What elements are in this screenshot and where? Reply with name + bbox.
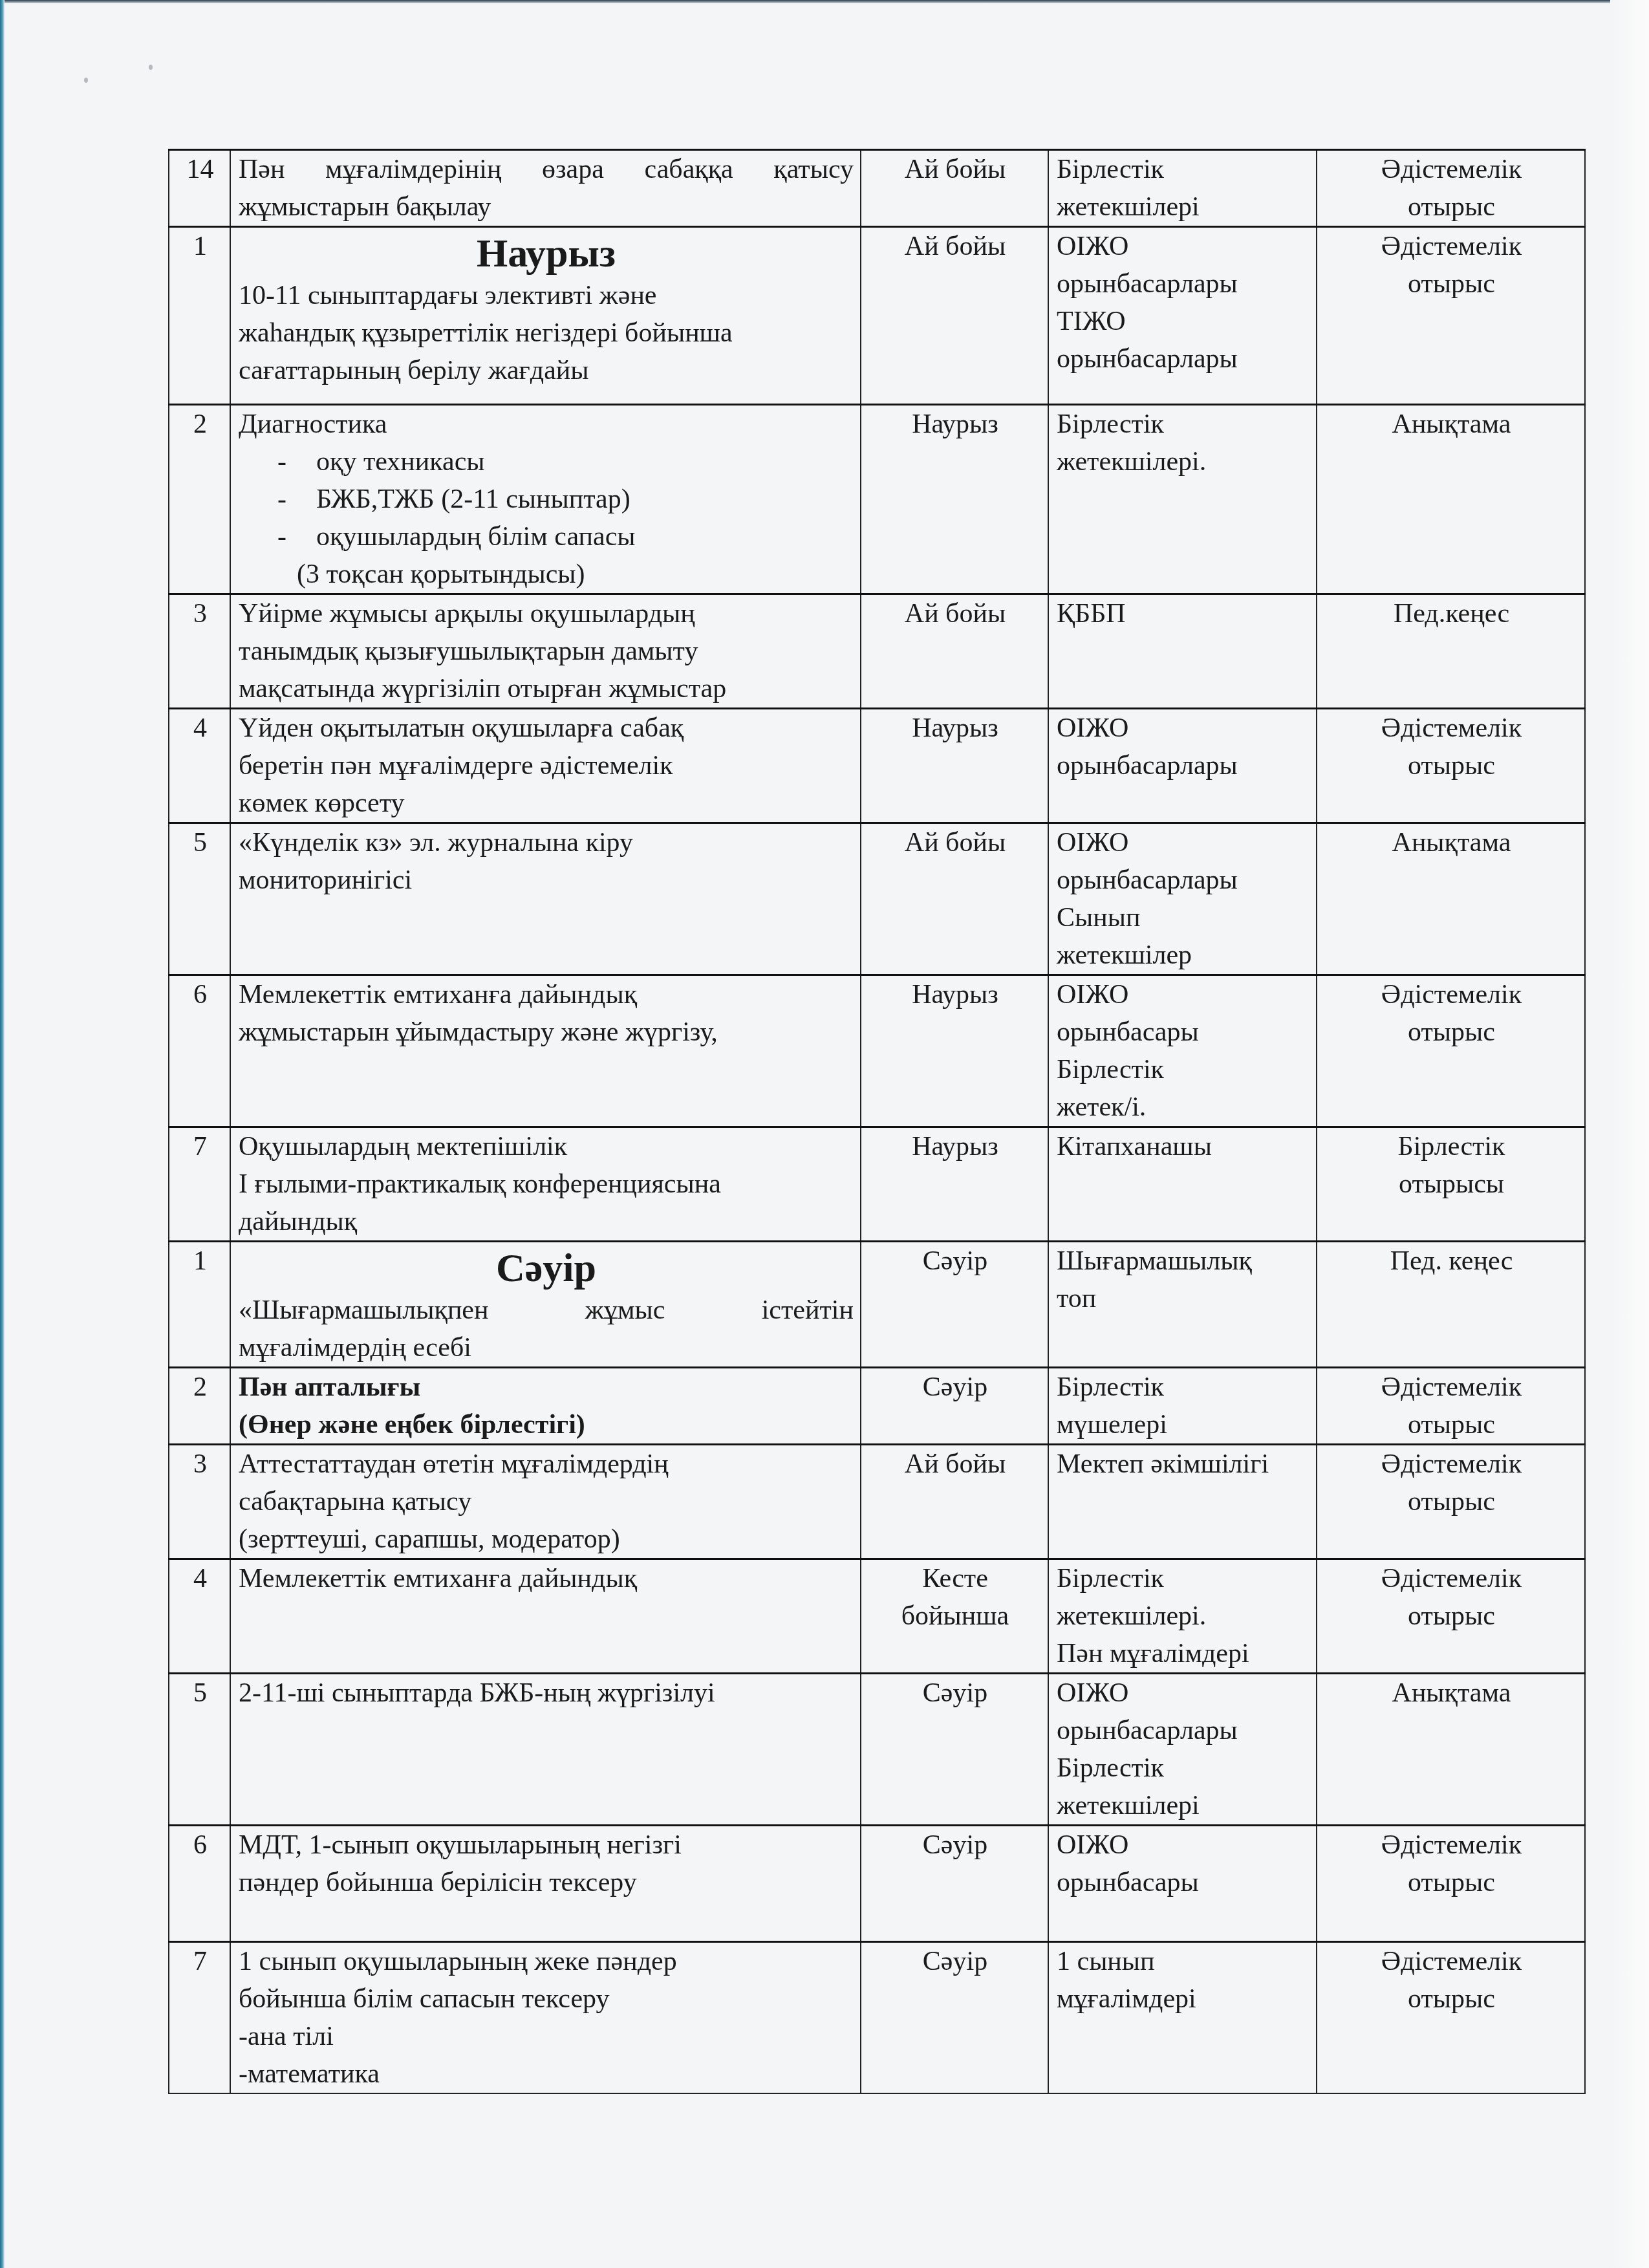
responsible-line: жетекшілер	[1057, 936, 1309, 974]
responsible-line: мұғалімдері	[1057, 1980, 1309, 2018]
outcome-line: Әдістемелік	[1325, 709, 1578, 747]
activity-text: Үйірме жұмысы арқылы оқушылардыңтанымдық…	[239, 595, 854, 707]
row-number: 4	[169, 1559, 230, 1674]
activity-text: 1 сынып оқушыларының жеке пәндербойынша …	[239, 1943, 854, 2093]
responsible-cell: ОІЖОорынбасарларыСыныпжетекшілер	[1048, 823, 1317, 975]
deadline-cell: Сәуір	[861, 1242, 1048, 1368]
deadline-cell: Ай бойы	[861, 150, 1048, 227]
activity-line: МДТ, 1-сынып оқушыларының негізгі	[239, 1826, 854, 1864]
responsible-line: Кітапханашы	[1057, 1128, 1309, 1165]
outcome-cell: Анықтама	[1317, 405, 1585, 594]
outcome-line: Анықтама	[1325, 824, 1578, 861]
activity-line: мониторинігісі	[239, 861, 854, 899]
outcome-line: Әдістемелік	[1325, 1445, 1578, 1483]
activity-line: сабақтарына қатысу	[239, 1483, 854, 1520]
activity-line: жаһандық құзыреттілік негіздері бойынша	[239, 314, 854, 352]
activity-cell: Мемлекеттік емтиханға дайындық	[230, 1559, 861, 1674]
activity-cell: Сәуір«Шығармашылықпен жұмыс істейтінмұға…	[230, 1242, 861, 1368]
outcome-line: Әдістемелік	[1325, 151, 1578, 188]
activity-text: Пән мұғалімдерінің өзара сабаққа қатысуж…	[239, 151, 854, 226]
row-number: 1	[169, 227, 230, 405]
responsible-line: ОІЖО	[1057, 824, 1309, 861]
activity-line: Мемлекеттік емтиханға дайындық	[239, 1560, 854, 1597]
row-number: 5	[169, 1674, 230, 1826]
deadline-cell: Наурыз	[861, 1127, 1048, 1242]
activity-cell: Диагностикаоқу техникасыБЖБ,ТЖБ (2-11 сы…	[230, 405, 861, 594]
deadline-cell: Ай бойы	[861, 823, 1048, 975]
table-row: 14Пән мұғалімдерінің өзара сабаққа қатыс…	[169, 150, 1585, 227]
activity-text: МДТ, 1-сынып оқушыларының негізгіпәндер …	[239, 1826, 854, 1901]
outcome-line: отырыс	[1325, 1864, 1578, 1901]
activity-bullet: оқушылардың білім сапасы	[277, 518, 854, 556]
work-plan-table: 14Пән мұғалімдерінің өзара сабаққа қатыс…	[168, 149, 1586, 2094]
responsible-cell: Бірлестікжетекшілері	[1048, 150, 1317, 227]
activity-line: «Шығармашылықпен жұмыс істейтін	[239, 1291, 854, 1329]
activity-line: мақсатында жүргізіліп отырған жұмыстар	[239, 670, 854, 707]
activity-cell: Наурыз10-11 сыныптардағы элективті жәнеж…	[230, 227, 861, 405]
activity-line: -ана тілі	[239, 2018, 854, 2055]
activity-line: «Күнделік кз» эл. журналына кіру	[239, 824, 854, 861]
responsible-line: топ	[1057, 1280, 1309, 1317]
activity-cell: «Күнделік кз» эл. журналына кірумонитори…	[230, 823, 861, 975]
outcome-line: отырыс	[1325, 1013, 1578, 1051]
activity-cell: 2-11-ші сыныптарда БЖБ-ның жүргізілуі	[230, 1674, 861, 1826]
responsible-line: Бірлестік	[1057, 1368, 1309, 1406]
activity-text: Пән апталығы(Өнер және еңбек бірлестігі)	[239, 1368, 854, 1443]
table-row: 1Наурыз10-11 сыныптардағы элективті және…	[169, 227, 1585, 405]
outcome-line: отырыс	[1325, 747, 1578, 784]
responsible-line: Бірлестік	[1057, 151, 1309, 188]
activity-line: 2-11-ші сыныптарда БЖБ-ның жүргізілуі	[239, 1674, 854, 1712]
responsible-line: орынбасарлары	[1057, 265, 1309, 303]
responsible-line: орынбасарлары	[1057, 861, 1309, 899]
outcome-line: отырыс	[1325, 1483, 1578, 1520]
activity-text: Мемлекеттік емтиханға дайындық	[239, 1560, 854, 1597]
scan-margin-right	[1610, 0, 1649, 2268]
outcome-cell: Әдістемелікотырыс	[1317, 150, 1585, 227]
table-row: 6МДТ, 1-сынып оқушыларының негізгіпәндер…	[169, 1826, 1585, 1942]
paper-speck	[149, 65, 153, 70]
activity-line: дайындық	[239, 1203, 854, 1240]
table-row: 5«Күнделік кз» эл. журналына кірумонитор…	[169, 823, 1585, 975]
activity-line: І ғылыми-практикалық конференциясына	[239, 1165, 854, 1203]
activity-cell: Үйден оқытылатын оқушыларға сабақберетін…	[230, 709, 861, 823]
outcome-line: Анықтама	[1325, 405, 1578, 443]
outcome-cell: Әдістемелікотырыс	[1317, 1559, 1585, 1674]
responsible-line: жетекшілері.	[1057, 443, 1309, 481]
outcome-cell: Әдістемелікотырыс	[1317, 1445, 1585, 1559]
activity-line: Оқушылардың мектепішілік	[239, 1128, 854, 1165]
deadline-cell: Наурыз	[861, 709, 1048, 823]
responsible-line: жетекшілері	[1057, 188, 1309, 226]
responsible-cell: ОІЖОорынбасары	[1048, 1826, 1317, 1942]
month-heading: Сәуір	[239, 1245, 854, 1291]
activity-cell: 1 сынып оқушыларының жеке пәндербойынша …	[230, 1942, 861, 2094]
outcome-cell: Әдістемелікотырыс	[1317, 1826, 1585, 1942]
responsible-line: ОІЖО	[1057, 976, 1309, 1013]
responsible-line: Бірлестік	[1057, 1051, 1309, 1088]
activity-line: бойынша білім сапасын тексеру	[239, 1980, 854, 2018]
responsible-line: Бірлестік	[1057, 1749, 1309, 1787]
row-number: 2	[169, 405, 230, 594]
outcome-cell: Әдістемелікотырыс	[1317, 1368, 1585, 1445]
month-heading: Наурыз	[239, 230, 854, 277]
responsible-line: ОІЖО	[1057, 1674, 1309, 1712]
table-row: 7Оқушылардың мектепішілікІ ғылыми-практи…	[169, 1127, 1585, 1242]
row-number: 5	[169, 823, 230, 975]
activity-bullet: оқу техникасы	[277, 443, 854, 481]
activity-text: 10-11 сыныптардағы элективті жәнежаһанды…	[239, 277, 854, 389]
responsible-line: ОІЖО	[1057, 1826, 1309, 1864]
outcome-line: Пед. кеңес	[1325, 1242, 1578, 1280]
table-row: 4Үйден оқытылатын оқушыларға сабақбереті…	[169, 709, 1585, 823]
outcome-cell: Әдістемелікотырыс	[1317, 709, 1585, 823]
table-row: 6Мемлекеттік емтиханға дайындықжұмыстары…	[169, 975, 1585, 1127]
activity-line: жұмыстарын бақылау	[239, 188, 854, 226]
outcome-cell: Әдістемелікотырыс	[1317, 1942, 1585, 2094]
activity-bullet-list: оқу техникасыБЖБ,ТЖБ (2-11 сыныптар)оқуш…	[239, 443, 854, 556]
responsible-line: Шығармашылық	[1057, 1242, 1309, 1280]
scan-edge-top	[0, 0, 1649, 3]
activity-line: 10-11 сыныптардағы элективті және	[239, 277, 854, 314]
activity-line: Үйірме жұмысы арқылы оқушылардың	[239, 595, 854, 632]
outcome-cell: Пед. кеңес	[1317, 1242, 1585, 1368]
responsible-cell: Бірлестікжетекшілері.	[1048, 405, 1317, 594]
table-row: 71 сынып оқушыларының жеке пәндербойынша…	[169, 1942, 1585, 2094]
outcome-cell: Әдістемелікотырыс	[1317, 975, 1585, 1127]
outcome-line: Әдістемелік	[1325, 1368, 1578, 1406]
outcome-line: Әдістемелік	[1325, 1826, 1578, 1864]
responsible-line: жетек/і.	[1057, 1088, 1309, 1126]
row-number: 6	[169, 1826, 230, 1942]
activity-cell: МДТ, 1-сынып оқушыларының негізгіпәндер …	[230, 1826, 861, 1942]
responsible-cell: Шығармашылықтоп	[1048, 1242, 1317, 1368]
responsible-line: Бірлестік	[1057, 405, 1309, 443]
outcome-line: Әдістемелік	[1325, 228, 1578, 265]
deadline-cell: Наурыз	[861, 975, 1048, 1127]
responsible-cell: Бірлестікжетекшілері.Пән мұғалімдері	[1048, 1559, 1317, 1674]
activity-line: Мемлекеттік емтиханға дайындық	[239, 976, 854, 1013]
deadline-cell: Ай бойы	[861, 1445, 1048, 1559]
responsible-cell: ОІЖОорынбасарлары	[1048, 709, 1317, 823]
deadline-cell: Кесте бойынша	[861, 1559, 1048, 1674]
outcome-line: отырыс	[1325, 188, 1578, 226]
activity-line: 1 сынып оқушыларының жеке пәндер	[239, 1943, 854, 1980]
table-row: 4Мемлекеттік емтиханға дайындықКесте бой…	[169, 1559, 1585, 1674]
row-number: 3	[169, 594, 230, 709]
activity-line: Үйден оқытылатын оқушыларға сабақ	[239, 709, 854, 747]
table-row: 3Аттестаттаудан өтетін мұғалімдердіңсаба…	[169, 1445, 1585, 1559]
responsible-cell: ҚББП	[1048, 594, 1317, 709]
outcome-cell: Әдістемелікотырыс	[1317, 227, 1585, 405]
responsible-line: Мектеп әкімшілігі	[1057, 1445, 1309, 1483]
activity-line: (Өнер және еңбек бірлестігі)	[239, 1406, 854, 1443]
activity-cell: Мемлекеттік емтиханға дайындықжұмыстарын…	[230, 975, 861, 1127]
responsible-cell: ОІЖОорынбасарыБірлестікжетек/і.	[1048, 975, 1317, 1127]
responsible-line: ОІЖО	[1057, 709, 1309, 747]
activity-line: -математика	[239, 2055, 854, 2093]
activity-text: Мемлекеттік емтиханға дайындықжұмыстарын…	[239, 976, 854, 1051]
responsible-cell: Бірлестікмүшелері	[1048, 1368, 1317, 1445]
activity-line: (зерттеуші, сарапшы, модератор)	[239, 1520, 854, 1558]
activity-cell: Оқушылардың мектепішілікІ ғылыми-практик…	[230, 1127, 861, 1242]
row-number: 7	[169, 1127, 230, 1242]
activity-line: сағаттарының берілу жағдайы	[239, 352, 854, 389]
activity-line: жұмыстарын ұйымдастыру және жүргізу,	[239, 1013, 854, 1051]
activity-line: беретін пән мұғалімдерге әдістемелік	[239, 747, 854, 784]
activity-bullet: БЖБ,ТЖБ (2-11 сыныптар)	[277, 481, 854, 518]
responsible-line: орынбасарлары	[1057, 340, 1309, 378]
scan-edge-left	[0, 0, 5, 2268]
row-number: 2	[169, 1368, 230, 1445]
activity-text: 2-11-ші сыныптарда БЖБ-ның жүргізілуі	[239, 1674, 854, 1712]
activity-cell: Пән апталығы(Өнер және еңбек бірлестігі)	[230, 1368, 861, 1445]
activity-line: Пән мұғалімдерінің өзара сабаққа қатысу	[239, 151, 854, 188]
table-row: 3Үйірме жұмысы арқылы оқушылардыңтанымды…	[169, 594, 1585, 709]
outcome-line: Бірлестік	[1325, 1128, 1578, 1165]
row-number: 4	[169, 709, 230, 823]
table-row: 52-11-ші сыныптарда БЖБ-ның жүргізілуіСә…	[169, 1674, 1585, 1826]
deadline-cell: Ай бойы	[861, 594, 1048, 709]
responsible-cell: 1 сыныпмұғалімдері	[1048, 1942, 1317, 2094]
responsible-line: ҚББП	[1057, 595, 1309, 632]
deadline-cell: Сәуір	[861, 1826, 1048, 1942]
responsible-line: ТІЖО	[1057, 303, 1309, 340]
deadline-cell: Сәуір	[861, 1368, 1048, 1445]
activity-text: Үйден оқытылатын оқушыларға сабақберетін…	[239, 709, 854, 822]
responsible-line: Бірлестік	[1057, 1560, 1309, 1597]
outcome-line: Әдістемелік	[1325, 1943, 1578, 1980]
activity-line: танымдық қызығушылықтарын дамыту	[239, 632, 854, 670]
paper-speck	[84, 78, 88, 83]
responsible-line: мүшелері	[1057, 1406, 1309, 1443]
responsible-line: Сынып	[1057, 899, 1309, 936]
deadline-cell: Наурыз	[861, 405, 1048, 594]
activity-line: Аттестаттаудан өтетін мұғалімдердің	[239, 1445, 854, 1483]
outcome-line: отырыс	[1325, 1406, 1578, 1443]
row-number: 3	[169, 1445, 230, 1559]
work-plan-body: 14Пән мұғалімдерінің өзара сабаққа қатыс…	[169, 150, 1585, 2094]
activity-cell: Аттестаттаудан өтетін мұғалімдердіңсабақ…	[230, 1445, 861, 1559]
outcome-cell: Пед.кеңес	[1317, 594, 1585, 709]
outcome-line: Әдістемелік	[1325, 1560, 1578, 1597]
table-row: 2Пән апталығы(Өнер және еңбек бірлестігі…	[169, 1368, 1585, 1445]
row-number: 6	[169, 975, 230, 1127]
outcome-line: отырысы	[1325, 1165, 1578, 1203]
row-number: 1	[169, 1242, 230, 1368]
outcome-cell: Бірлестікотырысы	[1317, 1127, 1585, 1242]
outcome-line: отырыс	[1325, 1980, 1578, 2018]
outcome-line: Әдістемелік	[1325, 976, 1578, 1013]
responsible-line: орынбасарлары	[1057, 1712, 1309, 1749]
activity-text: «Шығармашылықпен жұмыс істейтінмұғалімде…	[239, 1291, 854, 1366]
activity-text: Оқушылардың мектепішілікІ ғылыми-практик…	[239, 1128, 854, 1240]
table-row: 1Сәуір«Шығармашылықпен жұмыс істейтінмұғ…	[169, 1242, 1585, 1368]
outcome-line: Анықтама	[1325, 1674, 1578, 1712]
outcome-line: отырыс	[1325, 1597, 1578, 1635]
responsible-cell: Кітапханашы	[1048, 1127, 1317, 1242]
activity-text: Аттестаттаудан өтетін мұғалімдердіңсабақ…	[239, 1445, 854, 1558]
responsible-line: 1 сынып	[1057, 1943, 1309, 1980]
responsible-line: жетекшілері	[1057, 1787, 1309, 1824]
responsible-line: орынбасары	[1057, 1013, 1309, 1051]
activity-note: (3 тоқсан қорытындысы)	[239, 556, 854, 593]
outcome-line: отырыс	[1325, 265, 1578, 303]
responsible-line: орынбасарлары	[1057, 747, 1309, 784]
row-number: 14	[169, 150, 230, 227]
activity-cell: Үйірме жұмысы арқылы оқушылардыңтанымдық…	[230, 594, 861, 709]
activity-title: Диагностика	[239, 405, 854, 443]
deadline-cell: Сәуір	[861, 1942, 1048, 2094]
activity-line: Пән апталығы	[239, 1368, 854, 1406]
activity-line: пәндер бойынша берілісін тексеру	[239, 1864, 854, 1901]
outcome-line: Пед.кеңес	[1325, 595, 1578, 632]
activity-line: мұғалімдердің есебі	[239, 1329, 854, 1366]
responsible-line: Пән мұғалімдері	[1057, 1635, 1309, 1672]
table-row: 2Диагностикаоқу техникасыБЖБ,ТЖБ (2-11 с…	[169, 405, 1585, 594]
responsible-cell: ОІЖОорынбасарларыБірлестікжетекшілері	[1048, 1674, 1317, 1826]
responsible-line: орынбасары	[1057, 1864, 1309, 1901]
responsible-line: жетекшілері.	[1057, 1597, 1309, 1635]
activity-line: көмек көрсету	[239, 784, 854, 822]
deadline-cell: Ай бойы	[861, 227, 1048, 405]
responsible-cell: ОІЖОорынбасарларыТІЖОорынбасарлары	[1048, 227, 1317, 405]
responsible-cell: Мектеп әкімшілігі	[1048, 1445, 1317, 1559]
deadline-cell: Сәуір	[861, 1674, 1048, 1826]
row-number: 7	[169, 1942, 230, 2094]
activity-cell: Пән мұғалімдерінің өзара сабаққа қатысуж…	[230, 150, 861, 227]
outcome-cell: Анықтама	[1317, 1674, 1585, 1826]
responsible-line: ОІЖО	[1057, 228, 1309, 265]
activity-text: «Күнделік кз» эл. журналына кірумонитори…	[239, 824, 854, 899]
outcome-cell: Анықтама	[1317, 823, 1585, 975]
